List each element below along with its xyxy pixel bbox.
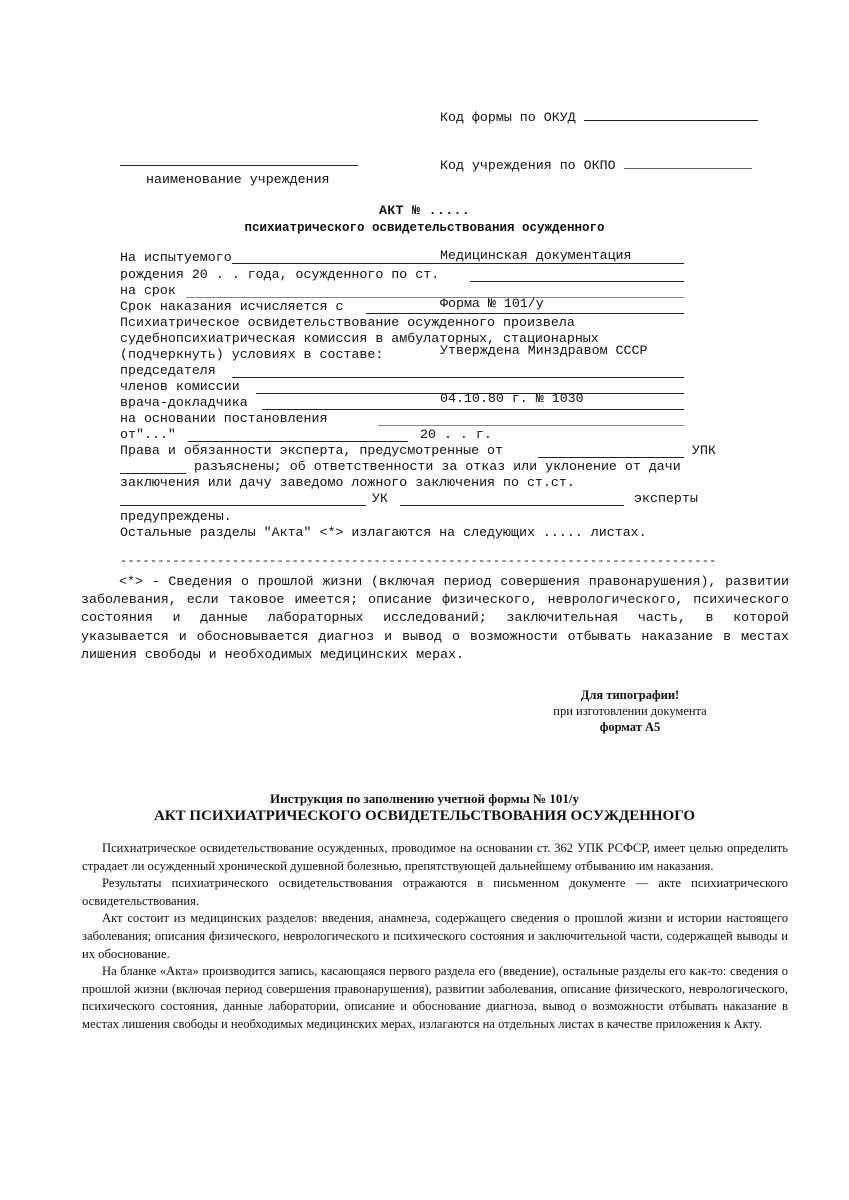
typography-note: Для типографии! при изготовлении докумен… bbox=[530, 687, 730, 735]
chairman-field[interactable] bbox=[232, 377, 684, 378]
act-subtitle: психиатрического освидетельствования осу… bbox=[0, 220, 849, 236]
chairman-label: председателя bbox=[120, 363, 216, 379]
separator-line: ----------------------------------------… bbox=[120, 553, 717, 569]
members-field[interactable] bbox=[256, 393, 684, 394]
members-label: членов комиссии bbox=[120, 379, 240, 395]
instruction-paragraph: Результаты психиатрического освидетельст… bbox=[82, 875, 788, 910]
institution-label: наименование учреждения bbox=[146, 172, 330, 188]
okpo-field[interactable] bbox=[624, 155, 752, 169]
subject-field[interactable] bbox=[232, 263, 684, 264]
instruction-paragraph: Акт состоит из медицинских разделов: вве… bbox=[82, 910, 788, 963]
footnote-text: <*> - Сведения о прошлой жизни (включая … bbox=[81, 573, 789, 664]
upk-article-field[interactable] bbox=[120, 473, 186, 474]
typography-note-line1: Для типографии! bbox=[530, 687, 730, 703]
basis-label: на основании постановления bbox=[120, 411, 327, 427]
experts-field[interactable] bbox=[400, 505, 624, 506]
typography-note-line3: формат А5 bbox=[530, 719, 730, 735]
rights-text-1: Права и обязанности эксперта, предусмотр… bbox=[120, 443, 503, 459]
act-title: АКТ № ..... bbox=[0, 203, 849, 219]
term-label: на срок bbox=[120, 283, 176, 299]
instruction-subtitle: АКТ ПСИХИАТРИЧЕСКОГО ОСВИДЕТЕЛЬСТВОВАНИЯ… bbox=[0, 807, 849, 825]
okud-field[interactable] bbox=[584, 107, 758, 121]
instruction-body: Психиатрическое освидетельствование осуж… bbox=[82, 840, 788, 1034]
term-field[interactable] bbox=[186, 297, 684, 298]
okud-label: Код формы по ОКУД bbox=[440, 110, 576, 125]
footnote: <*> - Сведения о прошлой жизни (включая … bbox=[81, 573, 789, 664]
rights-text-4: предупреждены. bbox=[120, 509, 232, 525]
basis-field[interactable] bbox=[378, 425, 684, 426]
commission-text-2: судебнопсихиатрическая комиссия в амбула… bbox=[120, 331, 599, 347]
reporter-field[interactable] bbox=[262, 409, 684, 410]
from-label: от"..." bbox=[120, 427, 176, 443]
instruction-paragraph: Психиатрическое освидетельствование осуж… bbox=[82, 840, 788, 875]
commission-text-1: Психиатрическое освидетельствование осуж… bbox=[120, 315, 575, 331]
term-start-field[interactable] bbox=[366, 313, 684, 314]
other-sections: Остальные разделы "Акта" <*> излагаются … bbox=[120, 525, 647, 541]
instruction-heading: Инструкция по заполнению учетной формы №… bbox=[0, 791, 849, 825]
rights-experts: эксперты bbox=[634, 491, 698, 507]
rights-text-2: разъяснены; об ответственности за отказ … bbox=[194, 459, 681, 475]
rights-text-3: заключения или дачу заведомо ложного зак… bbox=[120, 475, 575, 491]
article-field[interactable] bbox=[470, 281, 684, 282]
rights-from-field[interactable] bbox=[538, 457, 684, 458]
okpo-label: Код учреждения по ОКПО bbox=[440, 158, 616, 173]
birth-label: рождения 20 . . года, осужденного по ст. bbox=[120, 267, 439, 283]
reporter-label: врача-докладчика bbox=[120, 395, 248, 411]
term-start-label: Срок наказания исчисляется с bbox=[120, 299, 343, 315]
commission-text-3: (подчеркнуть) условиях в составе: bbox=[120, 347, 383, 363]
instruction-title: Инструкция по заполнению учетной формы №… bbox=[0, 791, 849, 807]
institution-name-field[interactable] bbox=[120, 165, 358, 166]
resolution-date-field[interactable] bbox=[188, 441, 408, 442]
rights-upk: УПК bbox=[692, 443, 716, 459]
typography-note-line2: при изготовлении документа bbox=[530, 703, 730, 719]
year-label: 20 . . г. bbox=[420, 427, 492, 443]
uk-article-field[interactable] bbox=[120, 505, 366, 506]
form-header-codes: Код формы по ОКУД Код учреждения по ОКПО… bbox=[440, 75, 758, 422]
doc-type: Медицинская документация bbox=[440, 248, 758, 264]
instruction-paragraph: На бланке «Акта» производится запись, ка… bbox=[82, 963, 788, 1033]
subject-label: На испытуемого bbox=[120, 250, 232, 266]
rights-uk: УК bbox=[372, 491, 388, 507]
